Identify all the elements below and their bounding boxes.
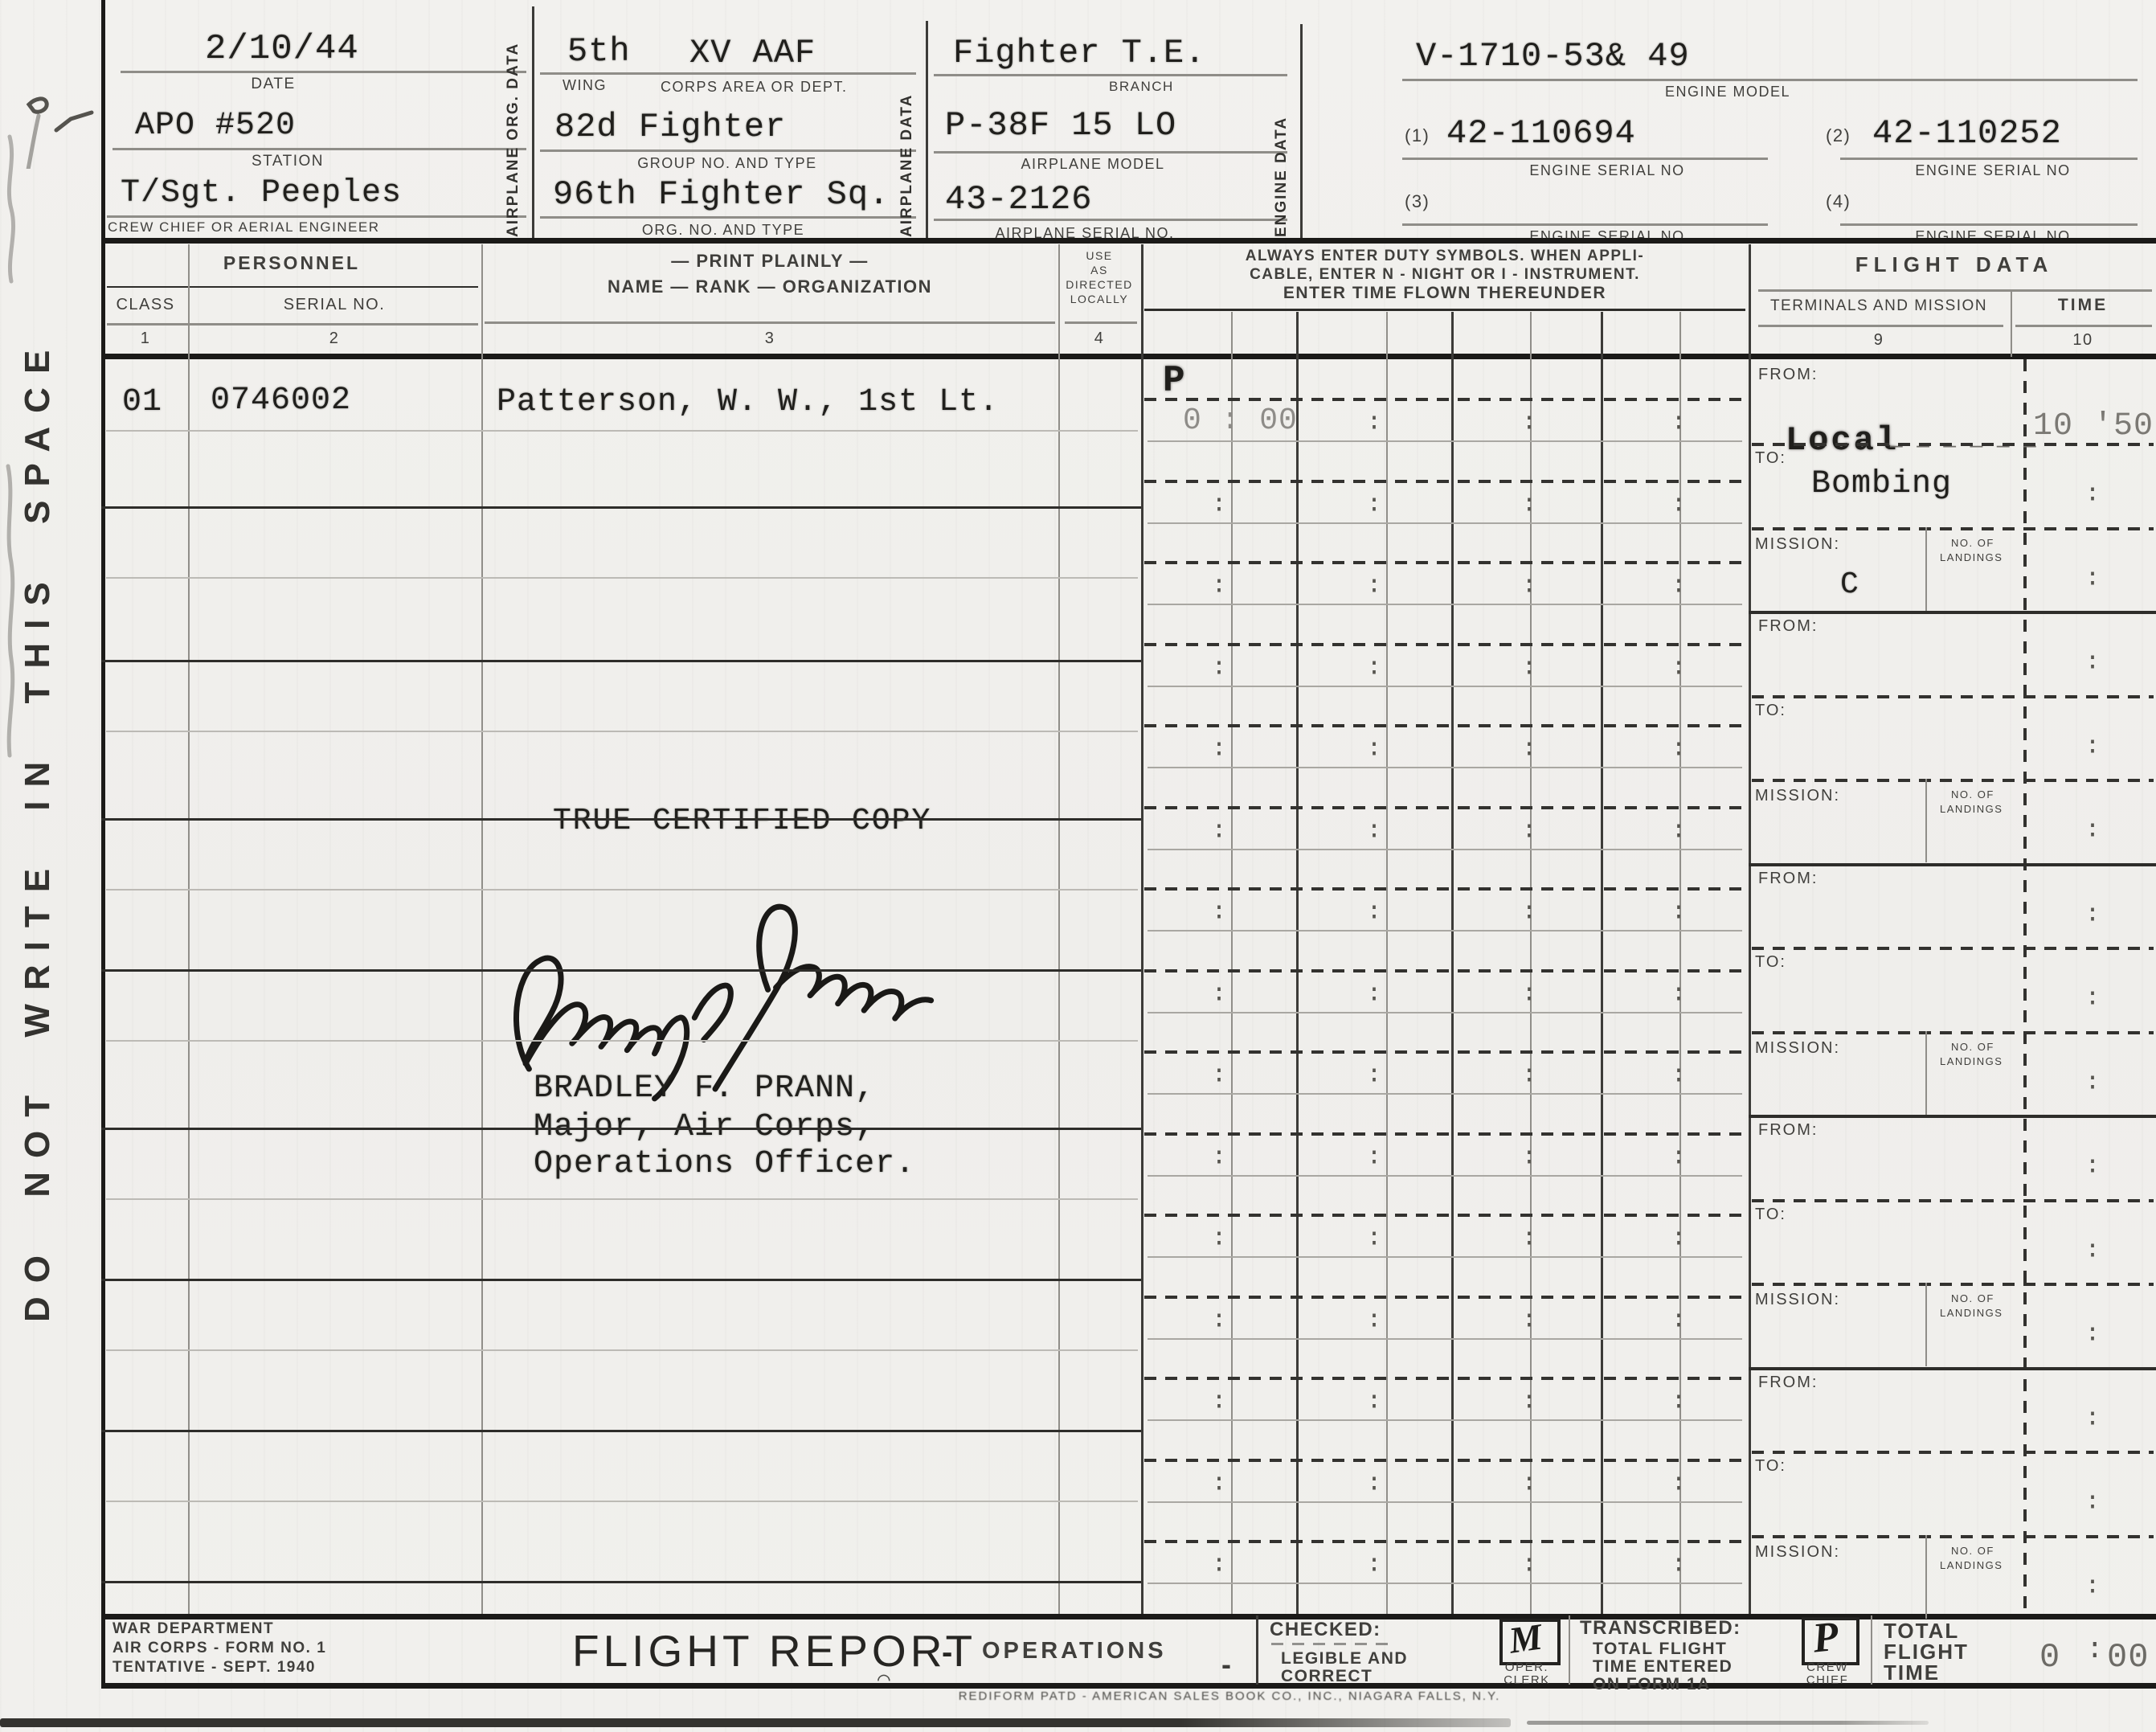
time-colon: :: [2085, 1403, 2100, 1431]
time-colon: :: [2085, 1319, 2100, 1347]
flight-sub-divider: [1752, 695, 2154, 698]
landings-label-1: NO. OF: [1951, 1292, 1994, 1304]
duty-thin-rule: [1148, 522, 1742, 524]
duty-dashed-rule: [1144, 806, 1745, 809]
flight-sub-divider: [1752, 1283, 2154, 1286]
duty-thin-rule: [1148, 767, 1742, 768]
crew-chief-initials: P: [1810, 1613, 1841, 1663]
duty-thin-rule: [1148, 930, 1742, 932]
time-colon: :: [2085, 983, 2100, 1011]
personnel-row-line: [101, 818, 1141, 821]
pencil-check-mark: [14, 80, 103, 169]
entry-terminal-to: Local: [1786, 421, 1899, 460]
airplane-serial-value: 43-2126: [945, 180, 1092, 219]
duty-colon: :: [1367, 1060, 1381, 1088]
footer-dept-line1: WAR DEPARTMENT: [113, 1620, 274, 1638]
duty-colon: :: [1212, 1305, 1226, 1333]
engine-model-label: ENGINE MODEL: [1665, 84, 1790, 100]
oper-clerk-initials: M: [1507, 1615, 1545, 1661]
landings-label-2: LANDINGS: [1940, 1559, 2003, 1571]
personnel-row-midline: [106, 1040, 1138, 1042]
to-label: TO:: [1755, 702, 1786, 720]
transcribed-sub3: ON FORM 1A: [1593, 1675, 1711, 1694]
total-flight-time-m: 00: [2107, 1638, 2149, 1677]
mission-label: MISSION:: [1755, 1543, 1840, 1562]
to-label: TO:: [1755, 449, 1786, 468]
duty-thin-rule: [1148, 849, 1742, 850]
personnel-row-line: [101, 969, 1141, 972]
transcribed-sub2: TIME ENTERED: [1593, 1657, 1733, 1677]
duty-dashed-rule: [1144, 1377, 1745, 1380]
station-value: APO #520: [135, 108, 296, 144]
personnel-row-line: [101, 1430, 1141, 1432]
duty-dashed-rule: [1144, 969, 1745, 972]
duty-banner-1: ALWAYS ENTER DUTY SYMBOLS. WHEN APPLI-: [1246, 248, 1645, 265]
edge-bleed-marks: [0, 129, 24, 932]
duty-thin-rule: [1148, 1501, 1742, 1503]
time-colon: :: [2085, 899, 2100, 927]
flight-data-header: FLIGHT DATA: [1855, 252, 2053, 277]
duty-colon: :: [1522, 1223, 1536, 1251]
station-label: STATION: [252, 153, 324, 170]
duty-colon: :: [1367, 1550, 1381, 1578]
duty-colon: :: [1367, 1386, 1381, 1415]
duty-colon: :: [1671, 816, 1686, 844]
duty-colon: :: [1367, 734, 1381, 762]
class-col-num: 1: [141, 330, 151, 348]
duty-colon: :: [1522, 897, 1536, 925]
duty-colon: :: [1367, 571, 1381, 599]
landings-label-1: NO. OF: [1951, 1545, 1994, 1557]
entry-duty-symbol: P: [1163, 360, 1186, 402]
mission-label: MISSION:: [1755, 535, 1840, 554]
branch-value: Fighter T.E.: [953, 34, 1205, 72]
section-airplane-data: AIRPLANE DATA: [898, 92, 916, 237]
duty-colon: :: [1522, 653, 1536, 681]
landings-label-2: LANDINGS: [1940, 1055, 2003, 1067]
personnel-row-midline: [106, 1198, 1138, 1200]
duty-colon: :: [1212, 1468, 1226, 1497]
duty-colon: :: [1367, 489, 1381, 518]
engine1-value: 42-110694: [1446, 114, 1636, 153]
duty-colon: :: [1367, 653, 1381, 681]
section-airplane-org-data: AIRPLANE ORG. DATA: [505, 16, 522, 237]
duty-colon: :: [1671, 571, 1686, 599]
entry-terminal-dashes: — — — — — —: [1890, 434, 2037, 458]
from-label: FROM:: [1758, 870, 1818, 888]
entry-class: 01: [122, 384, 162, 420]
footer-dept-line2: AIR CORPS - FORM NO. 1: [113, 1640, 326, 1657]
duty-colon: :: [1522, 489, 1536, 518]
flight-sub-divider: [1752, 443, 2154, 446]
duty-colon: :: [1212, 571, 1226, 599]
airplane-model-value: P-38F 15 LO: [945, 106, 1176, 145]
landings-box-line: [1925, 1031, 1927, 1115]
duty-colon: :: [1212, 734, 1226, 762]
mission-label: MISSION:: [1755, 1039, 1840, 1058]
duty-colon: :: [1522, 1468, 1536, 1497]
org-value: 96th Fighter Sq.: [553, 175, 890, 214]
duty-colon: :: [1367, 897, 1381, 925]
to-label: TO:: [1755, 1457, 1786, 1476]
personnel-row-midline: [106, 731, 1138, 732]
from-label: FROM:: [1758, 1374, 1818, 1392]
engine1-prefix: (1): [1405, 125, 1430, 146]
terminals-label: TERMINALS AND MISSION: [1770, 297, 1987, 315]
duty-dashed-rule: [1144, 1132, 1745, 1136]
duty-colon: :: [1671, 1142, 1686, 1170]
engine2-label: ENGINE SERIAL NO: [1915, 162, 2070, 179]
duty-colon: :: [1367, 816, 1381, 844]
oper-label-2: CLERK: [1503, 1673, 1550, 1687]
duty-colon: :: [1522, 1142, 1536, 1170]
crew-chief-value: T/Sgt. Peeples: [121, 175, 402, 211]
landings-label-2: LANDINGS: [1940, 551, 2003, 563]
duty-dashed-rule: [1144, 887, 1745, 891]
personnel-row-line: [101, 1581, 1141, 1583]
footer-title: FLIGHT REPORT: [572, 1625, 976, 1677]
name-header-line1: — PRINT PLAINLY —: [671, 251, 869, 272]
entry-flight-time: 10 '50: [2033, 408, 2154, 444]
duty-thin-rule: [1148, 1419, 1742, 1421]
time-colon: :: [2085, 815, 2100, 843]
duty-colon: :: [1212, 1060, 1226, 1088]
duty-colon: :: [1367, 1142, 1381, 1170]
crew-label-2: CHIEF: [1806, 1673, 1849, 1687]
duty-colon: :: [1522, 1060, 1536, 1088]
duty-dashed-rule: [1144, 643, 1745, 646]
time-colon: :: [2085, 1067, 2100, 1095]
entry-duty-time: 0 : 00: [1183, 403, 1298, 438]
flight-block-divider: [1749, 1115, 2156, 1118]
serial-col-num: 2: [329, 330, 340, 348]
duty-colon: :: [1522, 816, 1536, 844]
section-engine-data: ENGINE DATA: [1273, 84, 1291, 237]
wing-value: 5th: [567, 32, 631, 71]
personnel-row-line: [101, 1279, 1141, 1281]
typed-signature-title2: Operations Officer.: [534, 1146, 915, 1182]
use-label-1: USE: [1086, 249, 1112, 262]
entry-serial: 0746002: [211, 383, 351, 419]
duty-colon: :: [1671, 407, 1686, 436]
serial-no-label: SERIAL NO.: [284, 296, 386, 314]
duty-colon: :: [1522, 1386, 1536, 1415]
duty-dashed-rule: [1144, 1540, 1745, 1543]
engine3-prefix: (3): [1405, 191, 1430, 212]
engine2-prefix: (2): [1826, 125, 1851, 146]
time-colon: :: [2085, 1571, 2100, 1599]
landings-label-2: LANDINGS: [1940, 803, 2003, 815]
time-colon: :: [2085, 563, 2100, 592]
total-flight-time-colon: :: [2086, 1633, 2105, 1666]
form-left-border: [101, 0, 105, 1688]
personnel-row-line: [101, 660, 1141, 662]
scan-bottom-edge-2: [1527, 1721, 1929, 1725]
from-label: FROM:: [1758, 617, 1818, 636]
mission-label: MISSION:: [1755, 787, 1840, 805]
duty-dashed-rule: [1144, 1459, 1745, 1462]
duty-dashed-rule: [1144, 1050, 1745, 1054]
duty-colon: :: [1671, 1060, 1686, 1088]
flight-sub-divider: [1752, 779, 2154, 782]
printer-line: REDIFORM PATD - AMERICAN SALES BOOK CO.,…: [959, 1689, 1501, 1703]
checked-sub2: CORRECT: [1281, 1667, 1373, 1686]
landings-box-line: [1925, 527, 1927, 611]
duty-colon: :: [1212, 1550, 1226, 1578]
use-label-3: DIRECTED: [1066, 278, 1133, 291]
duty-thin-rule: [1148, 1256, 1742, 1258]
duty-colon: :: [1522, 571, 1536, 599]
checked-label: CHECKED:: [1270, 1619, 1381, 1641]
landings-box-line: [1925, 1283, 1927, 1366]
flight-sub-divider: [1752, 1199, 2154, 1202]
oper-label-1: OPER.: [1505, 1660, 1548, 1674]
duty-colon: :: [1212, 1223, 1226, 1251]
duty-colon: :: [1522, 407, 1536, 436]
wing-label: WING: [563, 77, 607, 94]
landings-label-2: LANDINGS: [1940, 1307, 2003, 1319]
duty-colon: :: [1671, 489, 1686, 518]
airplane-model-label: AIRPLANE MODEL: [1021, 156, 1164, 173]
duty-dashed-rule: [1144, 480, 1745, 483]
duty-colon: :: [1671, 897, 1686, 925]
duty-dashed-rule: [1144, 561, 1745, 564]
personnel-header: PERSONNEL: [223, 252, 360, 274]
duty-thin-rule: [1148, 1175, 1742, 1177]
duty-colon: :: [1522, 1550, 1536, 1578]
duty-banner-2: CABLE, ENTER N - NIGHT OR I - INSTRUMENT…: [1250, 266, 1640, 284]
use-label-2: AS: [1090, 264, 1108, 276]
duty-dashed-rule: [1144, 1214, 1745, 1217]
flight-block-divider: [1749, 1367, 2156, 1370]
crew-chief-label: CREW CHIEF OR AERIAL ENGINEER: [108, 219, 380, 235]
pencil-mark-under-title: ⌒: [878, 1667, 891, 1692]
entry-name: Patterson, W. W., 1st Lt.: [497, 384, 999, 420]
duty-thin-rule: [1148, 440, 1742, 442]
duty-thin-rule: [1148, 1338, 1742, 1340]
to-label: TO:: [1755, 1206, 1786, 1224]
entry-terminal-to2: Bombing: [1811, 466, 1952, 502]
branch-label: BRANCH: [1109, 79, 1174, 95]
landings-box-line: [1925, 779, 1927, 862]
footer-title-suffix: OPERATIONS: [982, 1638, 1167, 1664]
duty-colon: :: [1212, 653, 1226, 681]
duty-colon: :: [1671, 734, 1686, 762]
flight-sub-divider: [1752, 527, 2154, 530]
time-col-num: 10: [2072, 331, 2093, 350]
duty-colon: :: [1671, 653, 1686, 681]
duty-colon: :: [1671, 1305, 1686, 1333]
duty-colon: :: [1522, 734, 1536, 762]
duty-thin-rule: [1148, 604, 1742, 605]
total-flight-time-h: 0: [2039, 1638, 2060, 1677]
duty-thin-rule: [1148, 1093, 1742, 1095]
duty-colon: :: [1671, 1386, 1686, 1415]
scan-bottom-edge: [0, 1718, 1511, 1727]
flight-sub-divider: [1752, 1535, 2154, 1538]
name-header-line2: NAME — RANK — ORGANIZATION: [608, 276, 932, 297]
time-colon: :: [2085, 731, 2100, 760]
corps-value: XV AAF: [689, 34, 816, 72]
group-label: GROUP NO. AND TYPE: [637, 155, 816, 172]
use-col-num: 4: [1094, 330, 1105, 348]
terminals-col-num: 9: [1874, 331, 1884, 350]
duty-dashed-rule: [1144, 724, 1745, 727]
transcribed-sub1: TOTAL FLIGHT: [1593, 1640, 1727, 1659]
landings-label-1: NO. OF: [1951, 788, 1994, 800]
checked-sub1: LEGIBLE AND: [1281, 1649, 1408, 1669]
certified-copy-text: TRUE CERTIFIED COPY: [553, 804, 931, 838]
flight-sub-divider: [1752, 947, 2154, 950]
landings-box-line: [1925, 1535, 1927, 1619]
from-label: FROM:: [1758, 1121, 1818, 1140]
personnel-row-midline: [106, 889, 1138, 891]
duty-colon: :: [1212, 1142, 1226, 1170]
personnel-row-midline: [106, 577, 1138, 579]
personnel-row-line: [101, 506, 1141, 509]
duty-colon: :: [1212, 816, 1226, 844]
duty-thin-rule: [1148, 686, 1742, 687]
typed-signature-name: BRADLEY F. PRANN,: [534, 1071, 875, 1107]
duty-colon: :: [1367, 1468, 1381, 1497]
landings-label-1: NO. OF: [1951, 537, 1994, 549]
personnel-row-midline: [106, 1349, 1138, 1351]
crew-label-1: CREW: [1806, 1660, 1848, 1674]
from-label: FROM:: [1758, 366, 1818, 384]
duty-colon: :: [1367, 1305, 1381, 1333]
footer-stray-dash: -: [1221, 1648, 1233, 1681]
duty-colon: :: [1671, 979, 1686, 1007]
flight-sub-divider: [1752, 1031, 2154, 1034]
flight-block-divider: [1749, 611, 2156, 614]
date-value: 2/10/44: [205, 29, 359, 69]
engine2-value: 42-110252: [1872, 114, 2062, 153]
duty-dashed-rule: [1144, 398, 1745, 401]
personnel-row-midline: [106, 430, 1138, 432]
time-colon: :: [2085, 479, 2100, 507]
flight-sub-divider: [1752, 1451, 2154, 1454]
duty-dashed-rule: [1144, 1296, 1745, 1299]
time-column-divider: [2023, 359, 2027, 1619]
use-label-4: LOCALLY: [1070, 293, 1129, 305]
group-value: 82d Fighter: [554, 108, 786, 146]
engine1-label: ENGINE SERIAL NO: [1529, 162, 1684, 179]
time-colon: :: [2085, 1151, 2100, 1179]
footer-dept-line3: TENTATIVE - SEPT. 1940: [113, 1659, 316, 1677]
duty-thin-rule: [1148, 1012, 1742, 1013]
duty-colon: :: [1367, 407, 1381, 436]
duty-colon: :: [1671, 1223, 1686, 1251]
duty-colon: :: [1522, 1305, 1536, 1333]
time-colon: :: [2085, 1235, 2100, 1263]
time-label: TIME: [2058, 296, 2108, 315]
engine4-prefix: (4): [1826, 191, 1851, 212]
date-label: DATE: [251, 76, 295, 93]
engine-model-value: V-1710-53& 49: [1416, 37, 1690, 76]
duty-colon: :: [1212, 489, 1226, 518]
duty-colon: :: [1212, 979, 1226, 1007]
corps-label: CORPS AREA OR DEPT.: [661, 79, 848, 96]
org-label: ORG. NO. AND TYPE: [642, 222, 804, 239]
duty-colon: :: [1671, 1468, 1686, 1497]
duty-colon: :: [1212, 897, 1226, 925]
duty-colon: :: [1367, 979, 1381, 1007]
class-label: CLASS: [116, 296, 174, 314]
time-colon: :: [2085, 647, 2100, 675]
footer-title-dash: -: [942, 1635, 954, 1671]
to-label: TO:: [1755, 953, 1786, 972]
landings-label-1: NO. OF: [1951, 1041, 1994, 1053]
time-colon: :: [2085, 1487, 2100, 1515]
total-label-3: TIME: [1884, 1660, 1940, 1685]
duty-colon: :: [1671, 1550, 1686, 1578]
entry-mission-code: C: [1840, 567, 1859, 602]
flight-report-scan: DO NOT WRITE IN THIS SPACE AIRPLANE ORG.…: [0, 0, 2156, 1732]
duty-colon: :: [1212, 1386, 1226, 1415]
personnel-row-midline: [106, 1501, 1138, 1502]
flight-block-divider: [1749, 863, 2156, 866]
personnel-row-line: [101, 1128, 1141, 1130]
mission-label: MISSION:: [1755, 1291, 1840, 1309]
duty-banner-3: ENTER TIME FLOWN THEREUNDER: [1283, 284, 1606, 303]
name-col-num: 3: [765, 330, 775, 348]
duty-colon: :: [1522, 979, 1536, 1007]
transcribed-label: TRANSCRIBED:: [1580, 1617, 1741, 1640]
duty-colon: :: [1367, 1223, 1381, 1251]
duty-thin-rule: [1148, 1583, 1742, 1584]
